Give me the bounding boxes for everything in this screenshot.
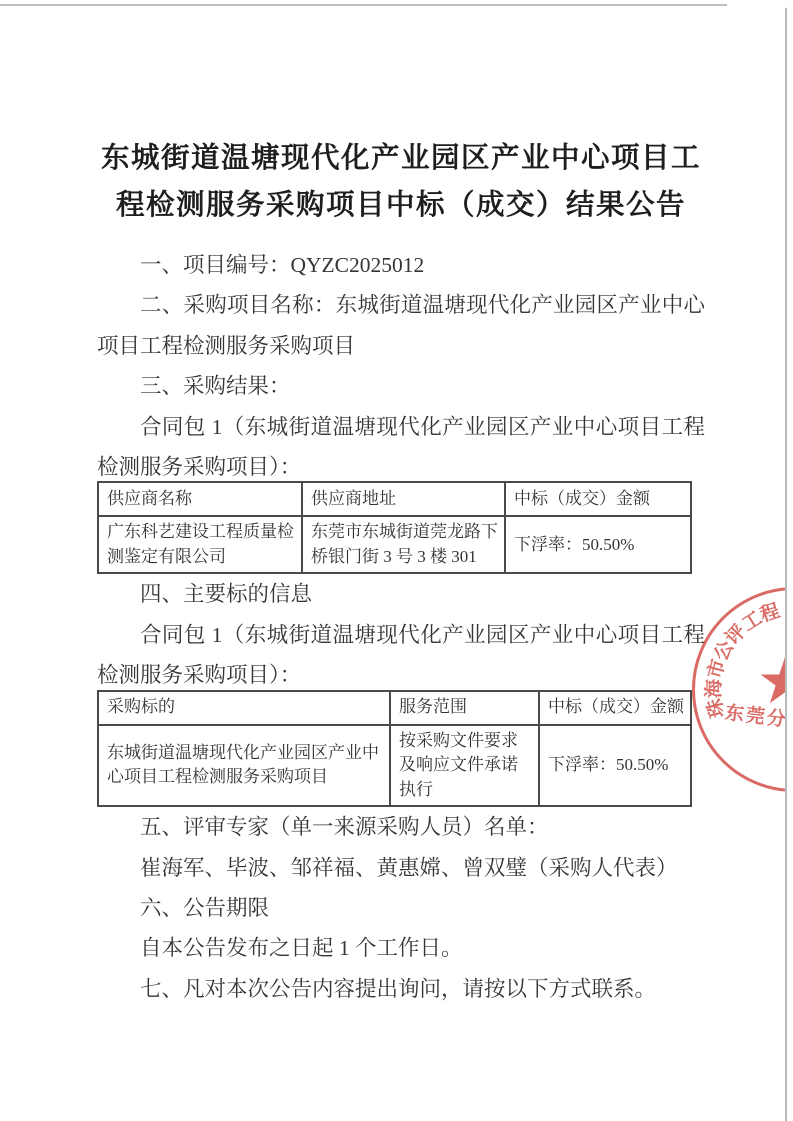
scanned-document-page: 东城街道温塘现代化产业园区产业中心项目工程检测服务采购项目中标（成交）结果公告 … — [0, 0, 793, 1121]
scan-edge-top-line — [0, 4, 727, 6]
para-experts-names: 崔海军、毕波、邹祥福、黄惠嫦、曾双璧（采购人代表） — [97, 848, 705, 888]
official-seal: 珠 海 市 公 评 工 程 ★ 东莞分 — [692, 587, 786, 793]
scan-edge-right-line — [785, 8, 787, 1121]
para-contract-package-1: 合同包 1（东城街道温塘现代化产业园区产业中心项目工程检测服务采购项目）： — [97, 407, 705, 488]
subject-scope-cell: 按采购文件要求及响应文件承诺执行 — [390, 725, 539, 807]
para-project-number: 一、项目编号：QYZC2025012 — [97, 245, 705, 285]
document-title: 东城街道温塘现代化产业园区产业中心项目工程检测服务采购项目中标（成交）结果公告 — [97, 135, 705, 229]
heading-notice-period: 六、公告期限 — [97, 888, 705, 928]
supplier-address-cell: 东莞市东城街道莞龙路下桥银门街 3 号 3 楼 301 — [302, 516, 505, 573]
para-contract-package-2: 合同包 1（东城街道温塘现代化产业园区产业中心项目工程检测服务采购项目）： — [97, 615, 705, 696]
supplier-table-header-address: 供应商地址 — [302, 482, 505, 516]
para-notice-period: 自本公告发布之日起 1 个工作日。 — [97, 928, 705, 968]
subject-amount-cell: 下浮率：50.50% — [539, 725, 691, 807]
supplier-name-cell: 广东科艺建设工程质量检测鉴定有限公司 — [98, 516, 302, 573]
subject-table: 采购标的 服务范围 中标（成交）金额 东城街道温塘现代化产业园区产业中心项目工程… — [97, 690, 692, 808]
heading-procurement-result: 三、采购结果： — [97, 366, 705, 406]
subject-table-header-amount: 中标（成交）金额 — [539, 691, 691, 725]
heading-subject-info: 四、主要标的信息 — [97, 574, 705, 614]
subject-name-cell: 东城街道温塘现代化产业园区产业中心项目工程检测服务采购项目 — [98, 725, 390, 807]
subject-table-header-subject: 采购标的 — [98, 691, 390, 725]
document-content: 东城街道温塘现代化产业园区产业中心项目工程检测服务采购项目中标（成交）结果公告 … — [97, 135, 705, 1009]
supplier-table-header-name: 供应商名称 — [98, 482, 302, 516]
para-project-name: 二、采购项目名称：东城街道温塘现代化产业园区产业中心项目工程检测服务采购项目 — [97, 285, 705, 366]
paper-sheet: 东城街道温塘现代化产业园区产业中心项目工程检测服务采购项目中标（成交）结果公告 … — [0, 0, 786, 1121]
supplier-amount-cell: 下浮率：50.50% — [505, 516, 691, 573]
supplier-table: 供应商名称 供应商地址 中标（成交）金额 广东科艺建设工程质量检测鉴定有限公司 … — [97, 481, 692, 574]
para-experts-heading: 五、评审专家（单一来源采购人员）名单： — [97, 807, 705, 847]
para-contact: 七、凡对本次公告内容提出询问，请按以下方式联系。 — [97, 969, 705, 1009]
subject-table-header-scope: 服务范围 — [390, 691, 539, 725]
supplier-table-header-amount: 中标（成交）金额 — [505, 482, 691, 516]
